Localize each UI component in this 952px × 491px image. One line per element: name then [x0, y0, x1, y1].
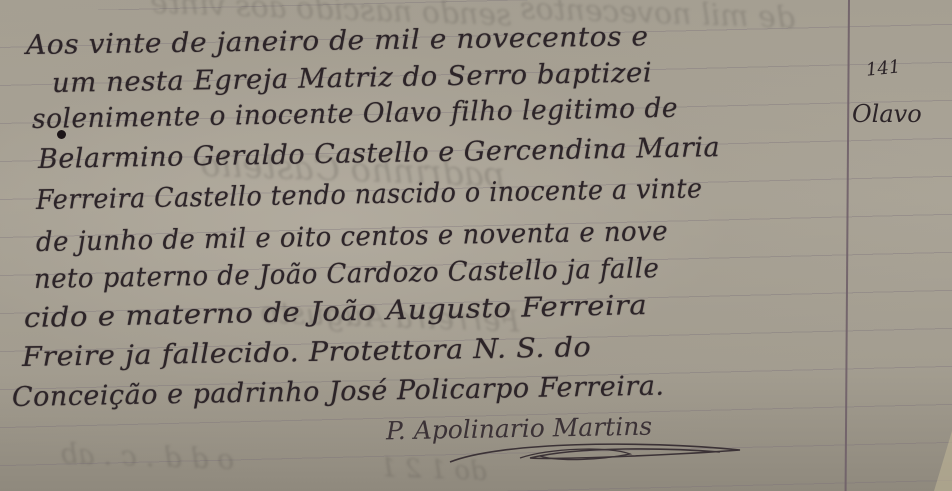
page-corner	[934, 431, 952, 491]
record-line-3: solenimente o inocente Olavo filho legit…	[32, 93, 679, 135]
document-page: sendo nascido aos vinte de mil novecento…	[0, 0, 952, 491]
signature-flourish	[440, 440, 800, 470]
record-line-10: Conceição e padrinho José Policarpo Ferr…	[12, 371, 665, 413]
record-line-6: de junho de mil e oito centos e noventa …	[36, 216, 669, 258]
record-line-5: Ferreira Castello tendo nascido o inocen…	[36, 173, 703, 216]
record-line-7: neto paterno de João Cardozo Castello ja…	[34, 253, 660, 295]
record-line-1: Aos vinte de janeiro de mil e novecentos…	[26, 21, 649, 61]
record-line-8: cido e materno de João Augusto Ferreira	[24, 290, 648, 334]
margin-name-note: Olavo	[852, 100, 922, 128]
record-line-4: Belarmino Geraldo Castello e Gercendina …	[38, 132, 721, 175]
record-line-2: um nesta Egreja Matriz do Serro baptizei	[52, 58, 653, 99]
folio-number: 141	[865, 56, 901, 80]
record-line-9: Freire ja fallecido. Protettora N. S. do	[22, 332, 592, 373]
